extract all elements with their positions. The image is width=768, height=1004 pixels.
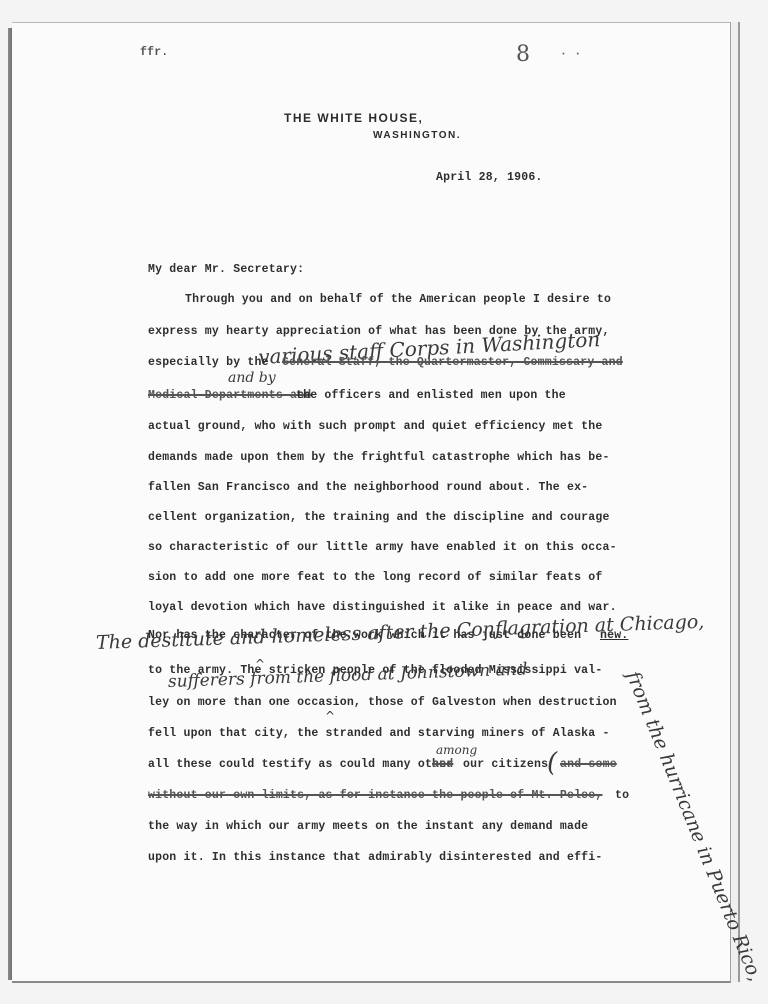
body-line: fell upon that city, the stranded and st… — [148, 727, 610, 740]
letterhead-title: THE WHITE HOUSE, — [284, 111, 423, 125]
insertion-caret: ^ — [325, 709, 335, 723]
body-line: fallen San Francisco and the neighborhoo… — [148, 481, 588, 494]
insertion-mark: ( — [547, 748, 557, 778]
body-line: to — [615, 789, 629, 802]
body-line: our citizens — [463, 758, 548, 771]
struck-text: without our own limits, as for instance … — [148, 789, 602, 802]
body-line: Through you and on behalf of the America… — [185, 293, 611, 306]
body-line: demands made upon them by the frightful … — [148, 451, 610, 464]
struck-text: Medical Departments and — [148, 389, 311, 402]
letterhead-city: WASHINGTON. — [373, 130, 461, 141]
handwritten-insert: among — [436, 743, 477, 757]
struck-text: General Staff, the Quartermaster, Commis… — [282, 356, 623, 369]
body-line: cellent organization, the training and t… — [148, 511, 610, 524]
page-number: 8 — [516, 42, 530, 67]
body-line: upon it. In this instance that admirably… — [148, 851, 602, 864]
body-line: loyal devotion which have distinguished … — [148, 601, 617, 614]
body-line: sion to add one more feat to the long re… — [148, 571, 602, 584]
body-line: especially by the — [148, 356, 269, 369]
salutation: My dear Mr. Secretary: — [148, 263, 304, 276]
struck-text: and some — [560, 758, 617, 771]
body-line: ley on more than one occasion, those of … — [148, 696, 617, 709]
letter-page — [12, 22, 731, 983]
body-line: the officers and enlisted men upon the — [296, 389, 566, 402]
body-line: all these could testify as could many ot… — [148, 758, 453, 771]
body-line: actual ground, who with such prompt and … — [148, 420, 602, 433]
body-line: so characteristic of our little army hav… — [148, 541, 617, 554]
file-mark: ffr. — [140, 46, 168, 59]
struck-text: and — [432, 758, 453, 771]
handwritten-insert: and by — [228, 370, 276, 386]
body-line: the way in which our army meets on the i… — [148, 820, 588, 833]
letter-date: April 28, 1906. — [436, 171, 543, 184]
page-dots: · · — [560, 48, 581, 61]
